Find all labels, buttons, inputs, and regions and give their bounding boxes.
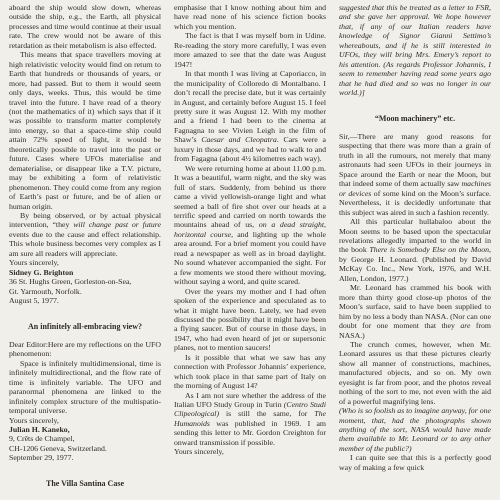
paragraph: emphasise that I know nothing about him … (174, 3, 326, 31)
paragraph: Dear Editor:Here are my reflections on t… (9, 340, 161, 359)
signature-line: Yours sincerely, (174, 447, 326, 456)
paragraph: As I am not sure whether the address of … (174, 391, 326, 448)
paragraph: By being observed, or by actual physical… (9, 211, 161, 258)
signature-line: Gt. Yarmouth, Norfolk. (9, 287, 161, 296)
section-heading-villa-santina: The Villa Santina Case (15, 479, 155, 488)
signature-line: August 5, 1977. (9, 296, 161, 305)
signature-line: 9, Crêts de Champel, (9, 434, 161, 443)
paragraph: Over the years my mother and I had often… (174, 287, 326, 353)
paragraph: This means that space travellers moving … (9, 50, 161, 211)
signature-line: 36 St. Hughs Green, Gorleston-on-Sea, (9, 277, 161, 286)
paragraph: The fact is that I was myself born in Ud… (174, 31, 326, 69)
paragraph: Mr. Leonard has crammed his book with mo… (339, 283, 491, 340)
signature-line: CH-1206 Geneva, Switzerland. (9, 444, 161, 453)
section-heading-infinite-view: An infinitely all-embracing view? (15, 322, 155, 331)
editorial-aside: (Who is so foolish as to imagine anyway,… (339, 406, 491, 453)
paragraph: aboard the ship would slow down, whereas… (9, 3, 161, 50)
section-heading-moon-machinery: “Moon machinery” etc. (345, 114, 485, 123)
paragraph: All this particular hullabaloo about the… (339, 217, 491, 283)
text-column-right: suggested that this be treated as a lett… (339, 3, 491, 500)
paragraph: I can quite see that this is a perfectly… (339, 453, 491, 472)
paragraph: We were returning home at about 11.00 p.… (174, 164, 326, 287)
signature-line: Yours sincerely, (9, 258, 161, 267)
signature-name: Julian H. Kaneko, (9, 425, 161, 434)
magazine-letters-page: aboard the ship would slow down, whereas… (0, 0, 500, 500)
signature-name: Sidney G. Brighton (9, 268, 161, 277)
paragraph: Sir,—There are many good reasons for sus… (339, 132, 491, 217)
signature-line: September 29, 1977. (9, 453, 161, 462)
text-column-middle: emphasise that I know nothing about him … (174, 3, 326, 500)
paragraph: Space is infinitely multidimensional, ti… (9, 359, 161, 416)
paragraph: Is it possible that what we saw has any … (174, 353, 326, 391)
paragraph: The crunch comes, however, when Mr. Leon… (339, 340, 491, 406)
paragraph: In that month I was living at Caporiacco… (174, 69, 326, 164)
text-column-left: aboard the ship would slow down, whereas… (9, 3, 161, 500)
editorial-note: suggested that this be treated as a lett… (339, 3, 491, 98)
signature-line: Yours sincerely, (9, 416, 161, 425)
